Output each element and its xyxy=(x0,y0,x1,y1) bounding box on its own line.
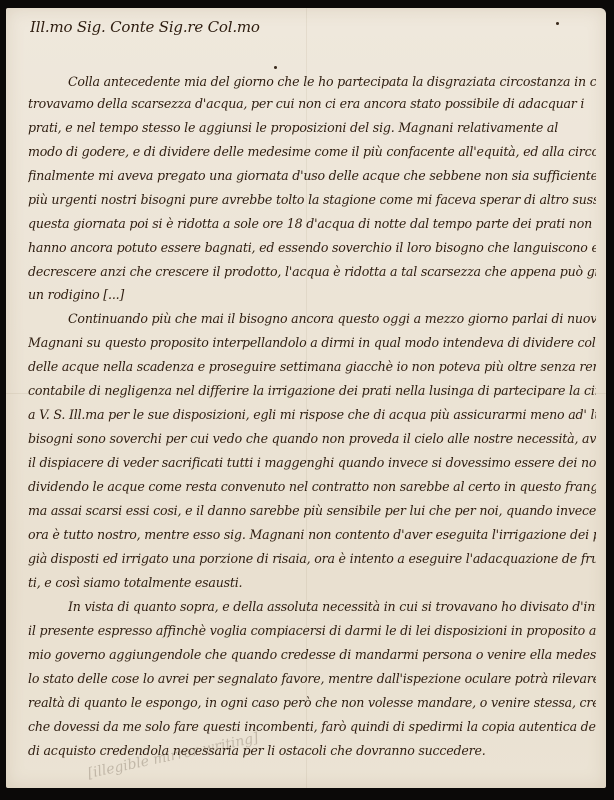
text-line: di acquisto credendola necessaria per li… xyxy=(28,743,596,758)
text-line: dividendo le acque come resta convenuto … xyxy=(28,479,596,494)
salutation: Ill.mo Sig. Conte Sig.re Col.mo xyxy=(30,18,596,36)
text-line: più urgenti nostri bisogni pure avrebbe … xyxy=(28,192,596,207)
text-line: prati, e nel tempo stesso le aggiunsi le… xyxy=(28,120,596,135)
text-line: a V. S. Ill.ma per le sue disposizioni, … xyxy=(28,407,596,422)
text-line: il presente espresso affinchè voglia com… xyxy=(28,623,596,638)
text-line: già disposti ed irrigato una porzione di… xyxy=(28,551,596,566)
ink-spot xyxy=(556,22,559,25)
text-line: contabile di negligenza nel differire la… xyxy=(28,383,596,398)
text-line: ma assai scarsi essi cosi, e il danno sa… xyxy=(28,503,596,518)
text-line: che dovessi da me solo fare questi incom… xyxy=(28,719,596,734)
text-line: hanno ancora potuto essere bagnati, ed e… xyxy=(28,240,596,255)
text-line: finalmente mi aveva pregato una giornata… xyxy=(28,168,596,183)
text-line: questa giornata poi si è ridotta a sole … xyxy=(28,216,596,231)
text-line: In vista di quanto sopra, e della assolu… xyxy=(68,599,596,614)
text-line: ti, e così siamo totalmente esausti. xyxy=(28,575,596,590)
text-line: ora è tutto nostro, mentre esso sig. Mag… xyxy=(28,527,596,542)
text-line: modo di godere, e di dividere delle mede… xyxy=(28,144,596,159)
letter-page: Ill.mo Sig. Conte Sig.re Col.mo Colla an… xyxy=(6,8,606,788)
text-line: bisogni sono soverchi per cui vedo che q… xyxy=(28,431,596,446)
text-line: un rodigino [...] xyxy=(28,287,596,302)
text-line: il dispiacere di veder sacrificati tutti… xyxy=(28,455,596,470)
text-line: Magnani su questo proposito interpelland… xyxy=(28,335,596,350)
text-line: lo stato delle cose lo avrei per segnala… xyxy=(28,671,596,686)
text-line: decrescere anzi che crescere il prodotto… xyxy=(28,264,596,279)
text-line: realtà di quanto le espongo, in ogni cas… xyxy=(28,695,596,710)
text-line: trovavamo della scarsezza d'acqua, per c… xyxy=(28,96,596,111)
ink-spot xyxy=(274,66,277,69)
text-line: mio governo aggiungendole che quando cre… xyxy=(28,647,596,662)
text-line: delle acque nella scadenza e proseguire … xyxy=(28,359,596,374)
text-line: Colla antecedente mia del giorno che le … xyxy=(68,74,596,89)
text-line: Continuando più che mai il bisogno ancor… xyxy=(68,311,596,326)
